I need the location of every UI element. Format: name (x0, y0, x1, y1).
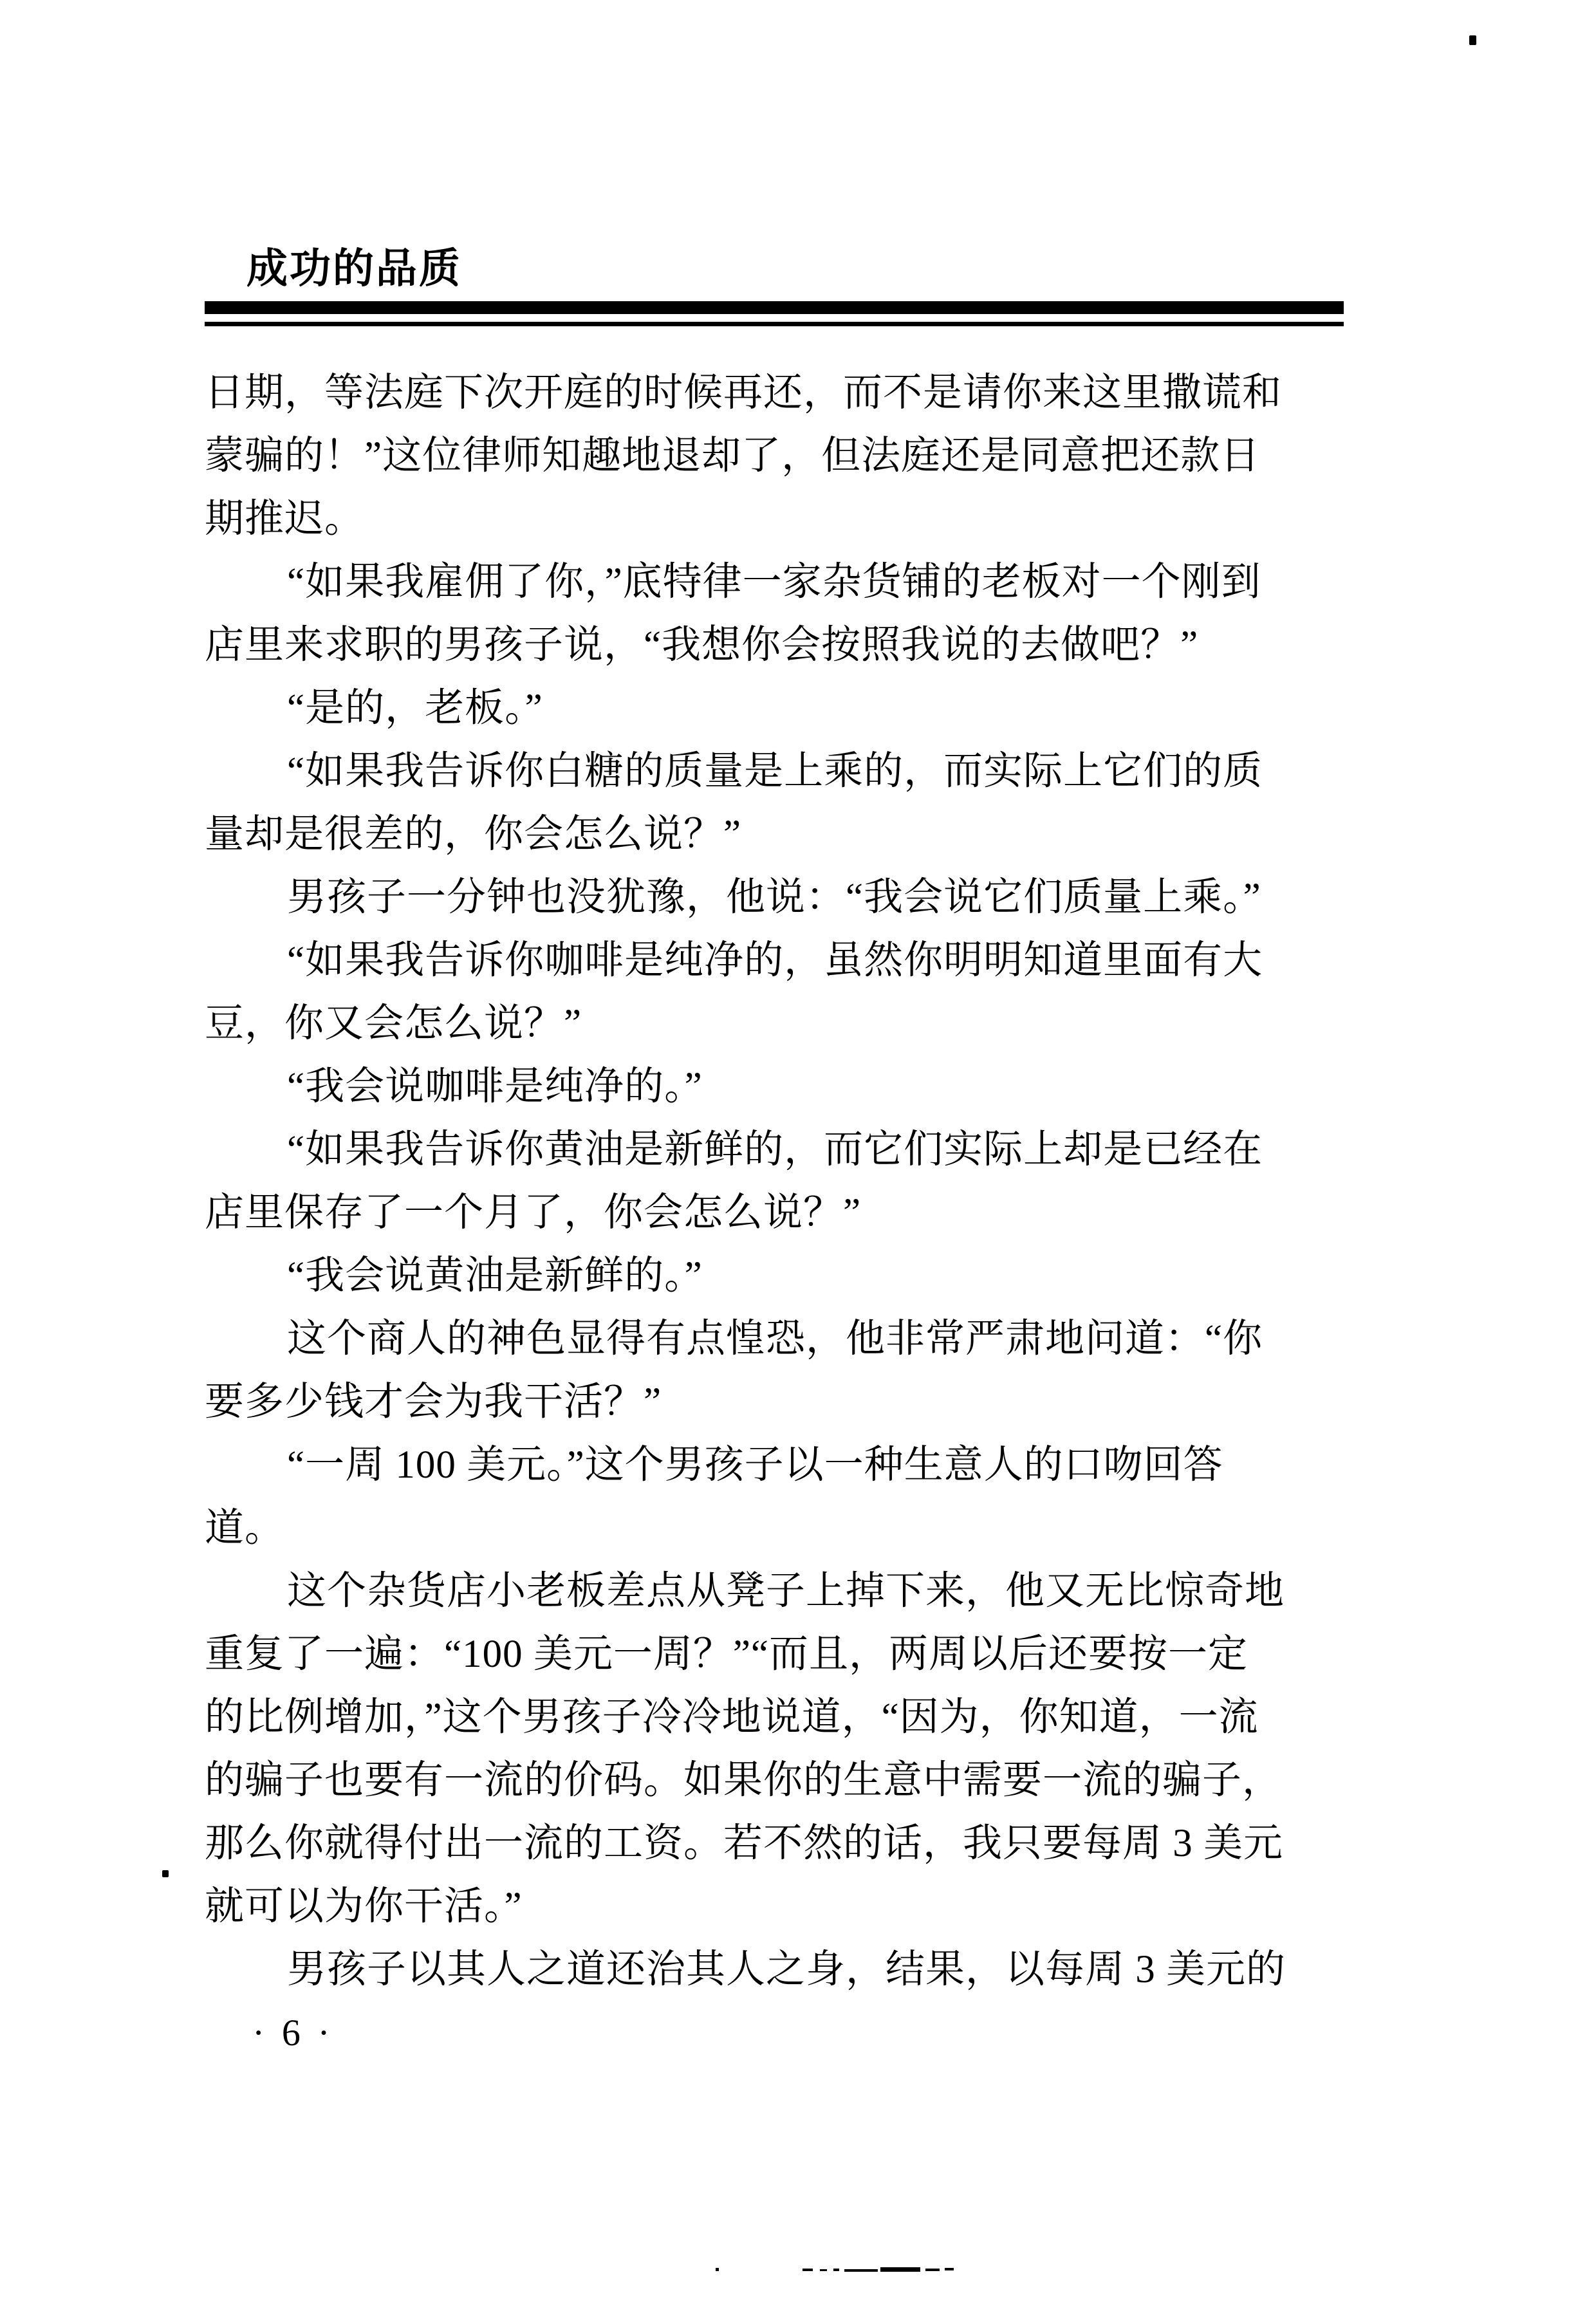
body-line: “如果我告诉你黄油是新鲜的，而它们实际上却是已经在 (205, 1119, 1373, 1182)
body-line: 豆，你又会怎么说？” (205, 992, 1373, 1055)
scan-artifact-speck (162, 1870, 169, 1877)
running-head-title: 成功的品质 (246, 246, 462, 292)
scan-artifact-dash (925, 2269, 940, 2271)
scan-artifact-dash (803, 2269, 813, 2271)
header-rule-thick (205, 301, 1344, 314)
scan-artifact-dot (1469, 35, 1476, 45)
body-line: 蒙骗的！”这位律师知趣地退却了，但法庭还是同意把还款日 (205, 425, 1373, 488)
body-line: 店里保存了一个月了，你会怎么说？” (205, 1182, 1373, 1245)
body-line: “一周 100 美元。”这个男孩子以一种生意人的口吻回答 (205, 1434, 1373, 1497)
body-line: “我会说咖啡是纯净的。” (205, 1055, 1373, 1119)
body-line: 的比例增加，”这个男孩子冷冷地说道，“因为，你知道，一流 (205, 1686, 1373, 1749)
body-line: 日期，等法庭下次开庭的时候再还，而不是请你来这里撒谎和 (205, 362, 1373, 425)
body-line: “我会说黄油是新鲜的。” (205, 1245, 1373, 1308)
body-line: “如果我告诉你白糖的质量是上乘的，而实际上它们的质 (205, 740, 1373, 803)
body-line: “如果我雇佣了你，”底特律一家杂货铺的老板对一个刚到 (205, 551, 1373, 614)
scanned-book-page: 成功的品质 日期，等法庭下次开庭的时候再还，而不是请你来这里撒谎和蒙骗的！”这位… (0, 0, 1596, 2302)
body-text: 日期，等法庭下次开庭的时候再还，而不是请你来这里撒谎和蒙骗的！”这位律师知趣地退… (205, 362, 1373, 2001)
body-line: 量却是很差的，你会怎么说？” (205, 803, 1373, 866)
body-line: 道。 (205, 1497, 1373, 1560)
scan-artifact-dash (945, 2268, 954, 2270)
body-line: 男孩子一分钟也没犹豫，他说：“我会说它们质量上乘。” (205, 866, 1373, 929)
scan-artifact-dash (820, 2269, 827, 2271)
body-line: 男孩子以其人之道还治其人之身，结果，以每周 3 美元的 (205, 1938, 1373, 2001)
scan-artifact-dash (833, 2269, 839, 2271)
page-number: · 6 · (252, 2010, 334, 2056)
body-line: 重复了一遍：“100 美元一周？”“而且，两周以后还要按一定 (205, 1623, 1373, 1686)
body-line: 要多少钱才会为我干活？” (205, 1371, 1373, 1434)
body-line: 店里来求职的男孩子说，“我想你会按照我说的去做吧？” (205, 614, 1373, 677)
body-line: “是的，老板。” (205, 677, 1373, 740)
body-line: 这个杂货店小老板差点从凳子上掉下来，他又无比惊奇地 (205, 1560, 1373, 1623)
header-rule-thin (205, 322, 1344, 326)
body-line: 就可以为你干活。” (205, 1875, 1373, 1938)
body-line: 的骗子也要有一流的价码。如果你的生意中需要一流的骗子， (205, 1749, 1373, 1812)
body-line: 那么你就得付出一流的工资。若不然的话，我只要每周 3 美元 (205, 1812, 1373, 1875)
scan-artifact-dash (880, 2267, 920, 2272)
scan-artifact-speck (716, 2268, 719, 2271)
body-line: 期推迟。 (205, 488, 1373, 551)
scan-artifact-dash (844, 2269, 878, 2272)
body-line: “如果我告诉你咖啡是纯净的，虽然你明明知道里面有大 (205, 929, 1373, 992)
body-line: 这个商人的神色显得有点惶恐，他非常严肃地问道：“你 (205, 1308, 1373, 1371)
